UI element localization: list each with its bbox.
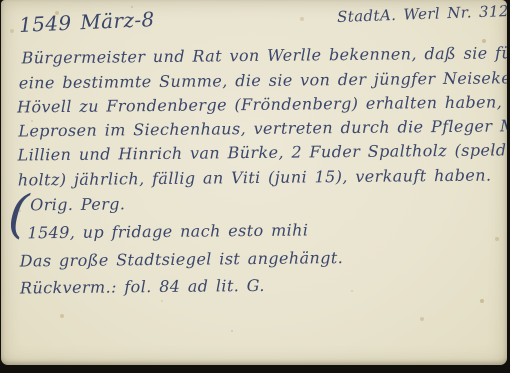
photo-backdrop: 1549 März-8 StadtA. Werl Nr. 312 Bürgerm… xyxy=(0,0,510,373)
record-text: Bürgermeister und Rat von Werlle bekenne… xyxy=(1,0,507,3)
original-material-note: Orig. Perg. xyxy=(30,194,125,214)
index-card: 1549 März-8 StadtA. Werl Nr. 312 Bürgerm… xyxy=(1,0,507,365)
seal-note: Das große Stadtsiegel ist angehängt. xyxy=(20,248,344,270)
record-text-line: eine bestimmte Summe, die sie von der jü… xyxy=(19,68,507,93)
record-text-line: holtz) jährlich, fällig an Viti (juni 15… xyxy=(18,166,492,190)
record-text-line: Hövell zu Frondenberge (Fröndenberg) erh… xyxy=(17,92,507,116)
date-heading: 1549 März-8 xyxy=(19,7,156,37)
record-text-line: Bürgermeister und Rat von Werlle bekenne… xyxy=(21,43,507,67)
paper-speckles xyxy=(1,0,3,2)
archive-reference: StadtA. Werl Nr. 312 xyxy=(337,2,507,26)
record-text-line: Leprosen im Siechenhaus, vertreten durch… xyxy=(18,116,507,141)
original-dating-note: 1549, up fridage nach esto mihi xyxy=(27,220,308,242)
verso-reference-note: Rückverm.: fol. 84 ad lit. G. xyxy=(20,276,265,298)
record-text-line: Lillien und Hinrich van Bürke, 2 Fuder S… xyxy=(18,140,507,164)
